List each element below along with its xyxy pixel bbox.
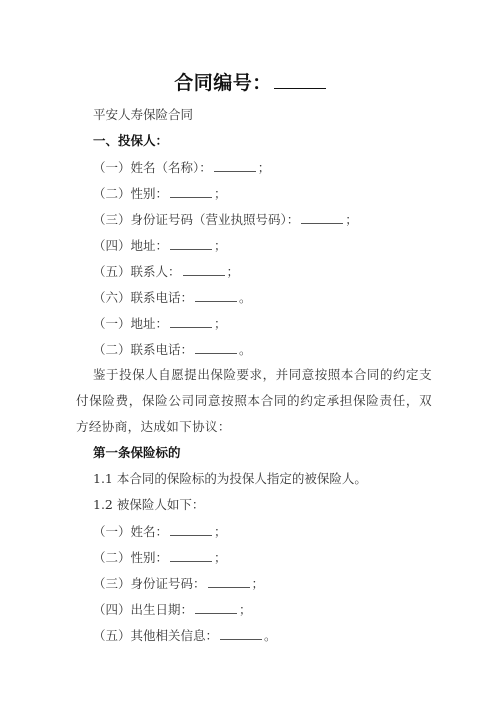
field-label: （五）联系人： <box>93 264 181 279</box>
clause-1-1: 1.1 本合同的保险标的为投保人指定的被保险人。 <box>93 471 367 487</box>
preamble-paragraph: 鉴于投保人自愿提出保险要求，并同意按照本合同的约定支付保险费，保险公司同意按照本… <box>76 362 432 440</box>
field-end: ； <box>214 524 227 539</box>
policyholder-field-id: （三）身份证号码（营业执照号码）：； <box>93 211 358 228</box>
field-end: 。 <box>239 290 252 305</box>
field-label: （一）地址： <box>93 316 168 331</box>
field-label: （一）姓名： <box>93 524 168 539</box>
article1-heading: 第一条保险标的 <box>93 445 181 461</box>
fill-blank[interactable] <box>220 627 262 640</box>
policyholder-field-contact: （五）联系人：； <box>93 263 239 280</box>
field-end: ； <box>214 550 227 565</box>
insured-field-gender: （二）性别：； <box>93 549 227 566</box>
field-label: （一）姓名（名称）： <box>93 160 212 175</box>
document-page: 合同编号： 平安人寿保险合同 一、投保人： （一）姓名（名称）：； （二）性别：… <box>0 0 500 707</box>
fill-blank[interactable] <box>195 601 237 614</box>
insured-field-name: （一）姓名：； <box>93 523 227 540</box>
fill-blank[interactable] <box>195 341 237 354</box>
field-label: （二）联系电话： <box>93 342 193 357</box>
fill-blank[interactable] <box>214 159 256 172</box>
fill-blank[interactable] <box>170 549 212 562</box>
fill-blank[interactable] <box>170 185 212 198</box>
policyholder-field-address: （四）地址：； <box>93 237 227 254</box>
fill-blank[interactable] <box>170 523 212 536</box>
fill-blank[interactable] <box>170 237 212 250</box>
contract-number-blank[interactable] <box>274 71 326 89</box>
fill-blank[interactable] <box>170 315 212 328</box>
field-end: ； <box>345 212 358 227</box>
fill-blank[interactable] <box>301 211 343 224</box>
field-end: ； <box>252 576 265 591</box>
policyholder-field-name: （一）姓名（名称）：； <box>93 159 270 176</box>
fill-blank[interactable] <box>195 289 237 302</box>
field-label: （二）性别： <box>93 550 168 565</box>
title-text: 合同编号： <box>174 72 272 94</box>
insured-field-other: （五）其他相关信息：。 <box>93 627 277 644</box>
field-label: （四）出生日期： <box>93 602 193 617</box>
insurer-field-address: （一）地址：； <box>93 315 227 332</box>
insured-field-id: （三）身份证号码：； <box>93 575 264 592</box>
contract-subtitle: 平安人寿保险合同 <box>93 107 193 123</box>
field-end: ； <box>239 602 252 617</box>
field-label: （五）其他相关信息： <box>93 628 218 643</box>
field-end: ； <box>214 186 227 201</box>
section-policyholder-heading: 一、投保人： <box>93 133 168 149</box>
field-end: ； <box>227 264 240 279</box>
insured-field-birthdate: （四）出生日期：； <box>93 601 252 618</box>
clause-1-2: 1.2 被保险人如下： <box>93 497 204 513</box>
field-end: ； <box>214 316 227 331</box>
fill-blank[interactable] <box>183 263 225 276</box>
field-label: （四）地址： <box>93 238 168 253</box>
insurer-field-phone: （二）联系电话：。 <box>93 341 252 358</box>
field-label: （二）性别： <box>93 186 168 201</box>
field-end: ； <box>258 160 271 175</box>
field-end: ； <box>214 238 227 253</box>
field-end: 。 <box>239 342 252 357</box>
contract-number-title: 合同编号： <box>0 68 500 95</box>
fill-blank[interactable] <box>208 575 250 588</box>
policyholder-field-phone: （六）联系电话：。 <box>93 289 252 306</box>
policyholder-field-gender: （二）性别：； <box>93 185 227 202</box>
field-label: （三）身份证号码： <box>93 576 206 591</box>
field-label: （三）身份证号码（营业执照号码）： <box>93 212 299 227</box>
field-label: （六）联系电话： <box>93 290 193 305</box>
field-end: 。 <box>264 628 277 643</box>
